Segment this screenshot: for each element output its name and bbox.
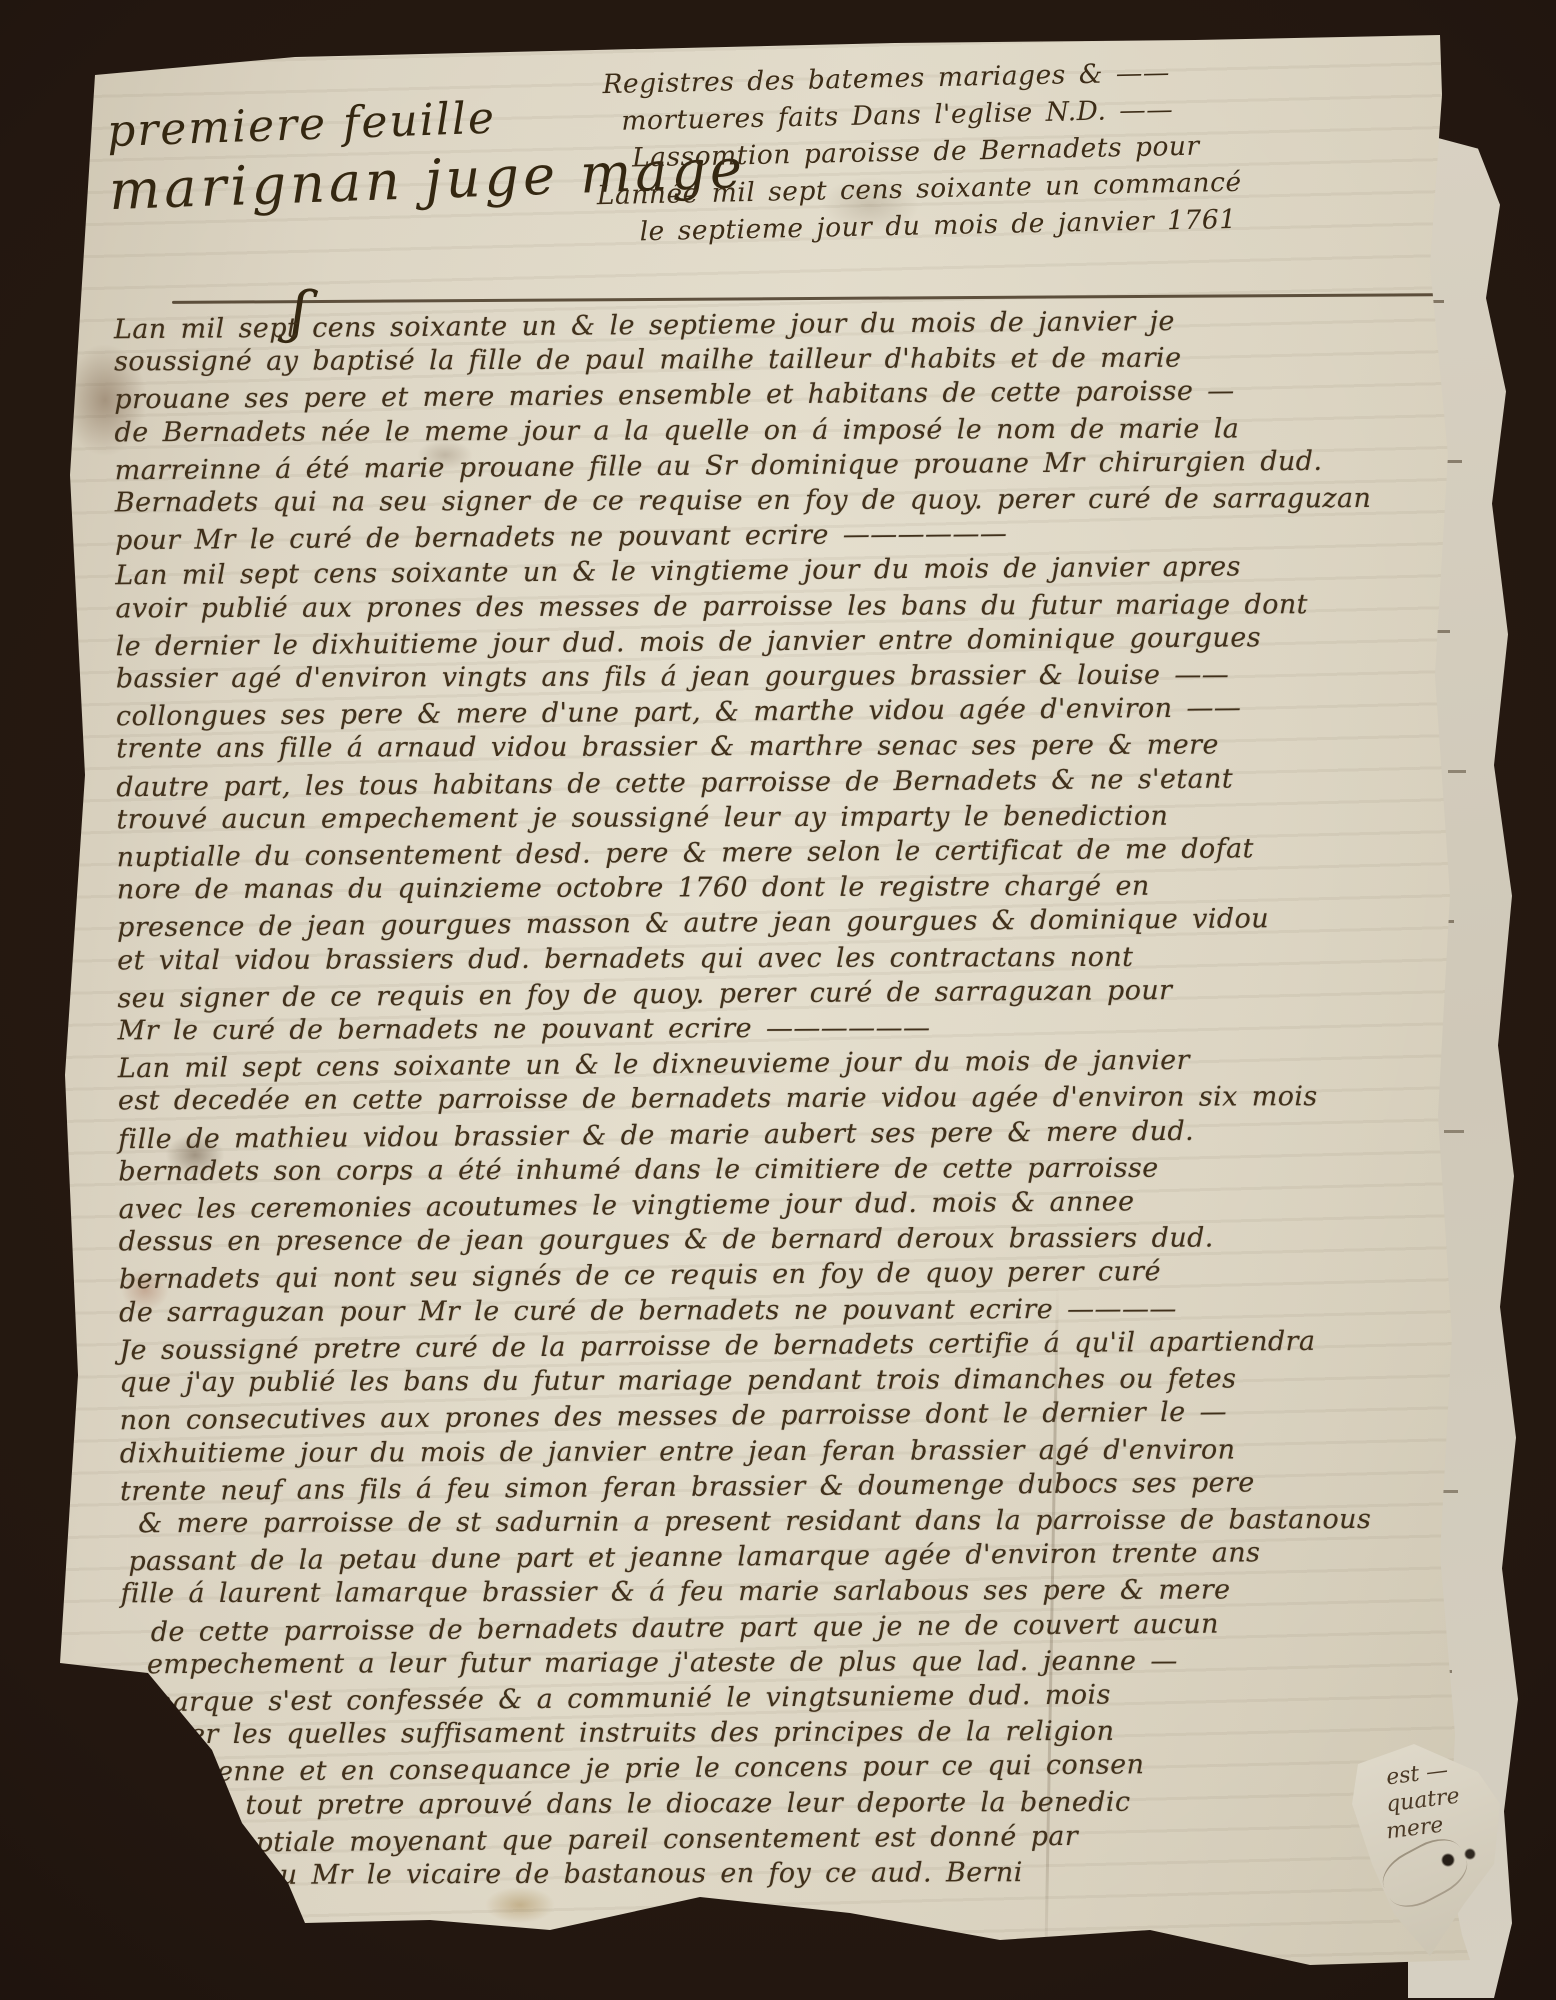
register-heading-block: Registres des batemes mariages & ——mortu… [586, 48, 1490, 252]
entry-burial: Lan mil sept cens soixante un & le dixne… [118, 1043, 1459, 1332]
entry-baptism: Lan mil sept cens soixante un & le septi… [114, 304, 1455, 557]
fragment-words: est —quatremere [1386, 1760, 1460, 1841]
entry-marriage: Lan mil sept cens soixante un & le vingt… [115, 550, 1458, 1050]
manuscript-line: curé ou Mr le vicaire de bastanous en fo… [186, 1854, 1462, 1894]
entry-banns-certificate: Je soussigné pretre curé de la parroisse… [119, 1324, 1462, 1894]
manuscript-body: Lan mil sept cens soixante un & le septi… [114, 304, 1462, 1895]
manuscript-page: premiere feuille marignan juge mage ʃ Re… [50, 35, 1515, 1975]
photo-background: premiere feuille marignan juge mage ʃ Re… [0, 0, 1556, 2000]
